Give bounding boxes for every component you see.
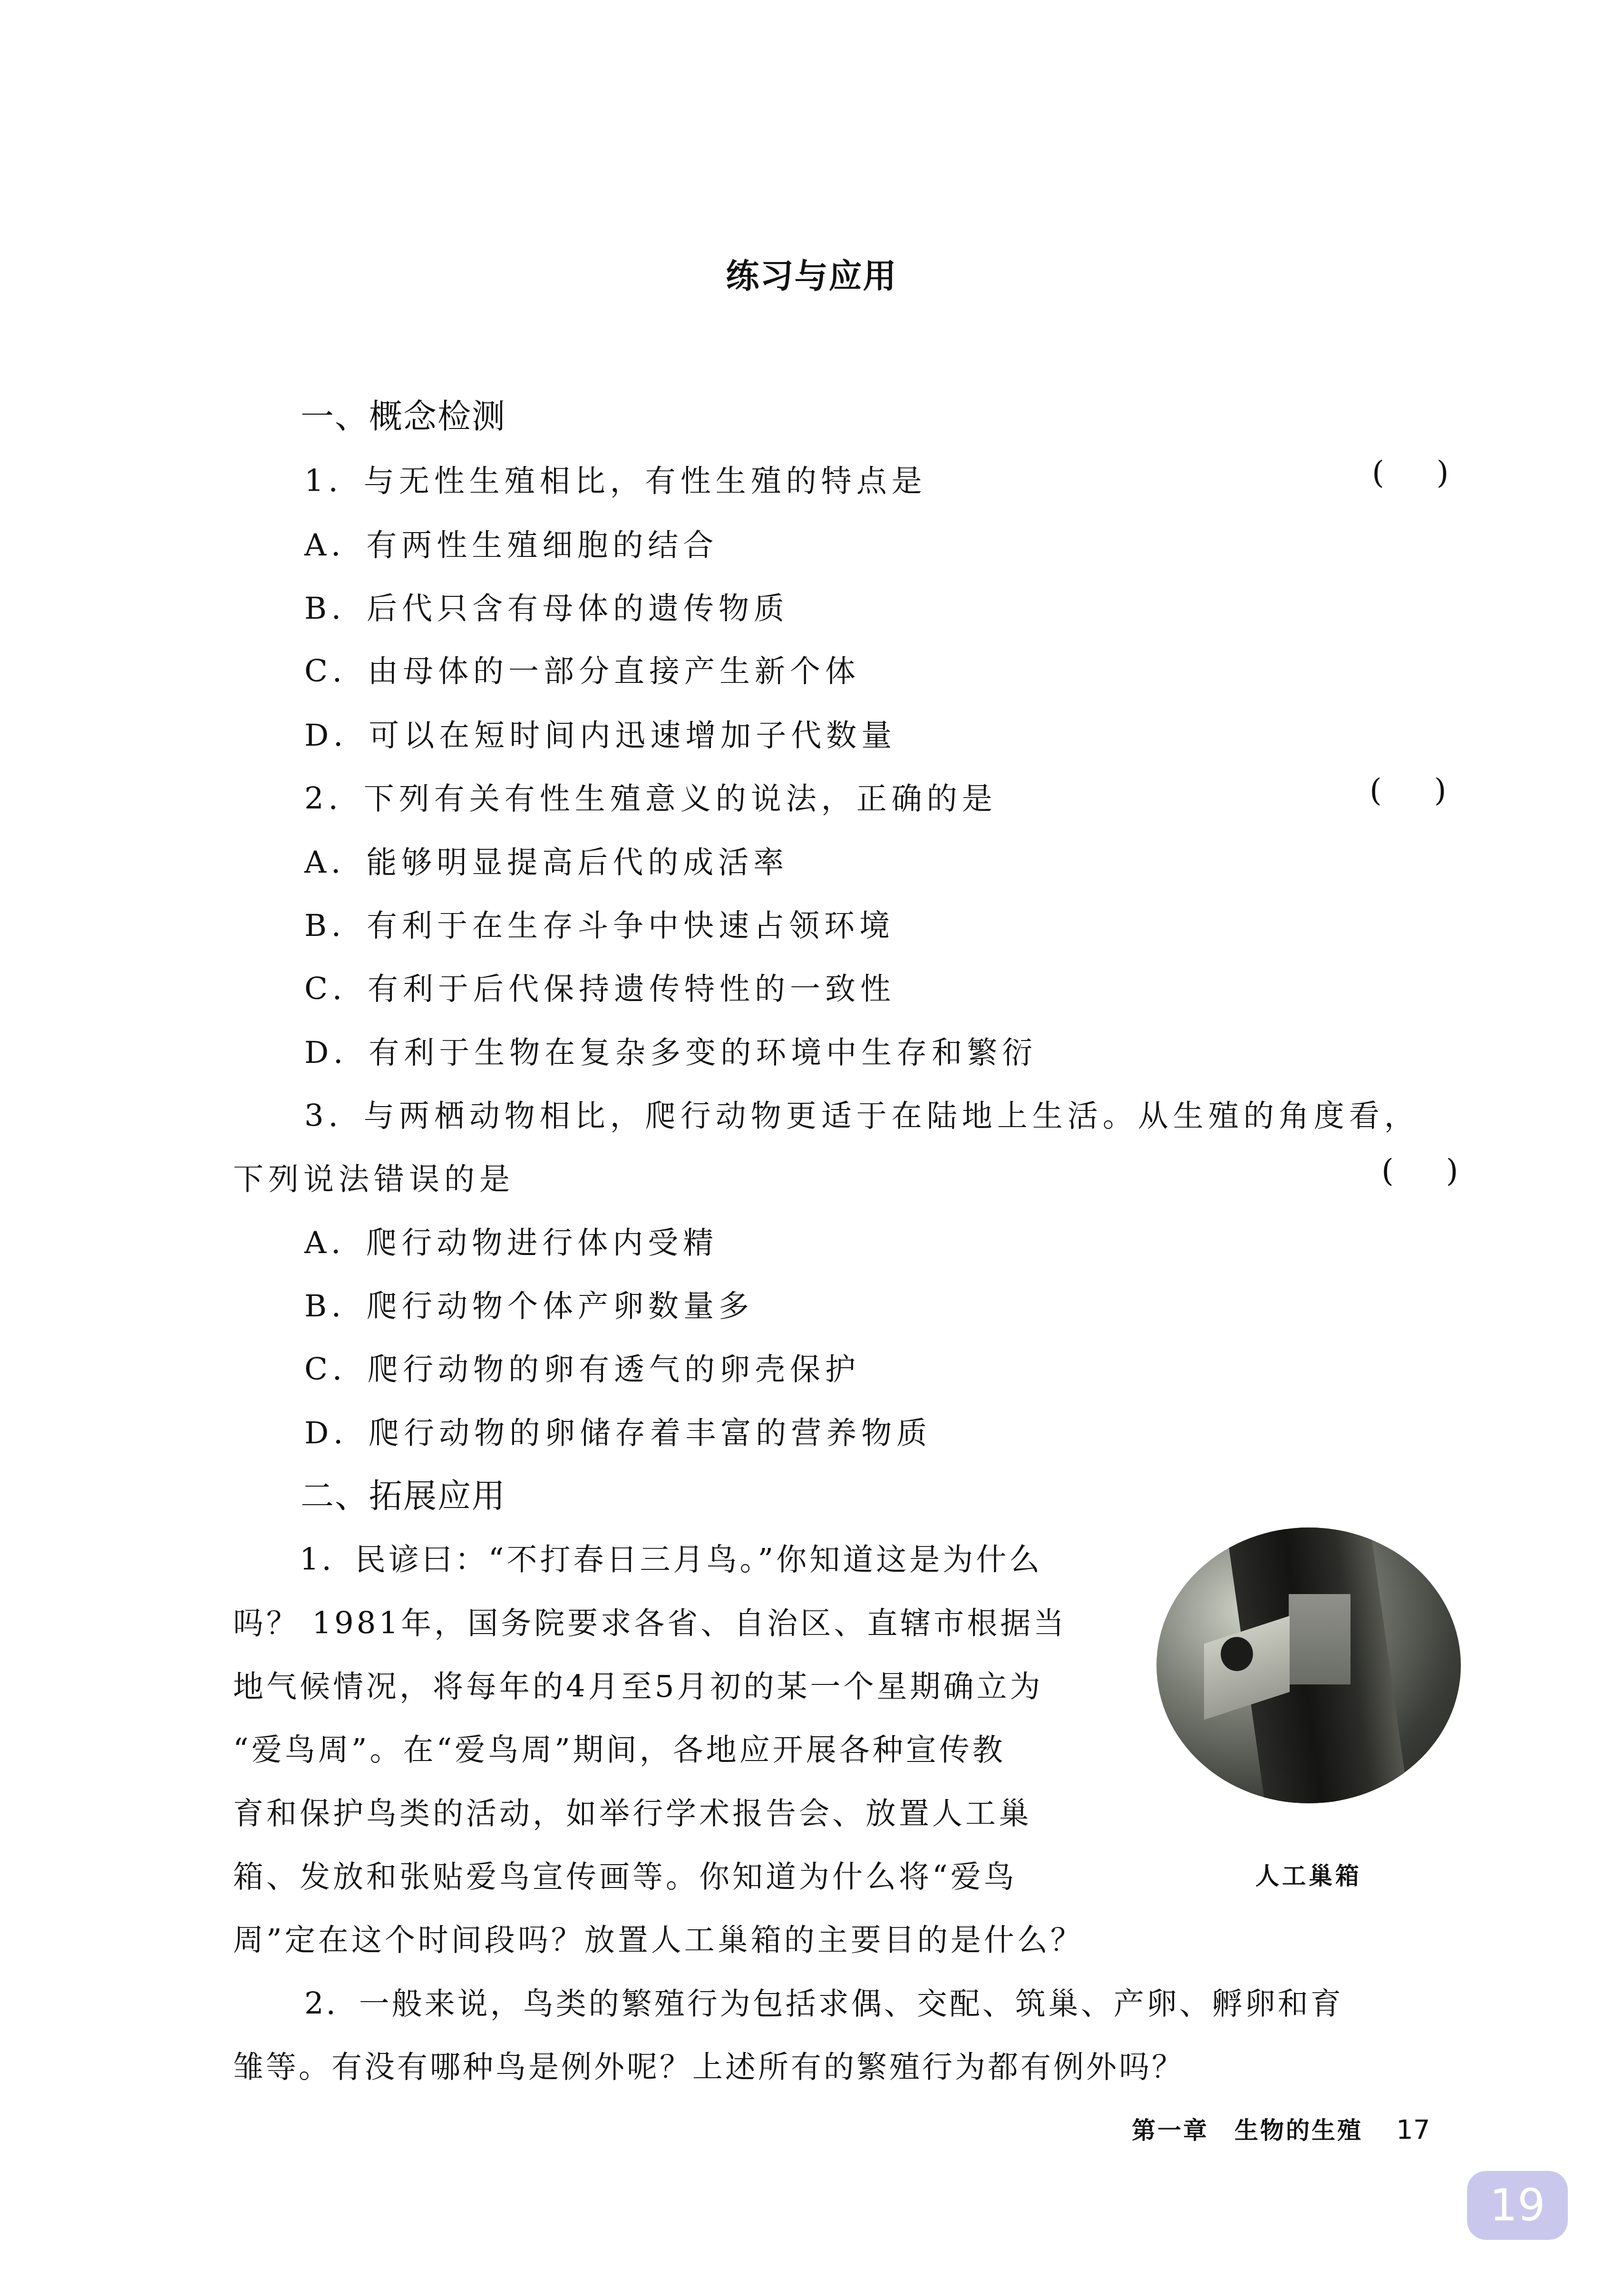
question-3-stem-line-1: 3．与两栖动物相比，爬行动物更适于在陆地上生活。从生殖的角度看， xyxy=(304,1091,1419,1135)
page-title: 练习与应用 xyxy=(0,250,1623,298)
footer-chapter-title: 第一章 生物的生殖 xyxy=(1132,2116,1363,2144)
question-1-answer-blank[interactable]: () xyxy=(1372,454,1449,491)
question-2-stem: 2．下列有关有性生殖意义的说法，正确的是 xyxy=(304,774,997,818)
extension-1-line-7: 周”定在这个时间段吗？放置人工巢箱的主要目的是什么？ xyxy=(233,1916,1084,1959)
extension-1-line-4: “爱鸟周”。在“爱鸟周”期间，各地应开展各种宣传教 xyxy=(233,1725,1006,1769)
section-heading-concept-check: 一、概念检测 xyxy=(301,390,506,438)
nest-box-entrance-hole xyxy=(1221,1637,1253,1671)
figure-caption: 人工巢箱 xyxy=(1157,1857,1461,1891)
extension-1-line-2: 吗？ 1981年，国务院要求各省、自治区、直辖市根据当 xyxy=(233,1599,1067,1643)
extension-2-line-2: 雏等。有没有哪种鸟是例外呢？上述所有的繁殖行为都有例外吗？ xyxy=(233,2043,1185,2086)
question-3-answer-blank[interactable]: () xyxy=(1381,1152,1458,1189)
question-3-option-a: A．爬行动物进行体内受精 xyxy=(304,1218,718,1262)
footer-page-number: 17 xyxy=(1396,2114,1430,2145)
page-footer: 第一章 生物的生殖17 xyxy=(1132,2111,1430,2146)
question-1-option-a: A．有两性生殖细胞的结合 xyxy=(304,521,718,564)
question-1-option-c: C．由母体的一部分直接产生新个体 xyxy=(304,647,860,691)
extension-1-line-5: 育和保护鸟类的活动，如举行学术报告会、放置人工巢 xyxy=(233,1789,1032,1833)
extension-2-line-1: 2．一般来说，鸟类的繁殖行为包括求偶、交配、筑巢、产卵、孵卵和育 xyxy=(304,1979,1343,2023)
question-2-option-b: B．有利于在生存斗争中快速占领环境 xyxy=(304,901,894,945)
page-number-badge[interactable]: 19 xyxy=(1467,2171,1568,2240)
question-2-option-d: D．有利于生物在复杂多变的环境中生存和繁衍 xyxy=(304,1028,1037,1072)
question-3-option-d: D．爬行动物的卵储存着丰富的营养物质 xyxy=(304,1409,932,1452)
question-2-option-c: C．有利于后代保持遗传特性的一致性 xyxy=(304,964,895,1008)
question-1-option-d: D．可以在短时间内迅速增加子代数量 xyxy=(304,711,896,755)
question-3-option-b: B．爬行动物个体产卵数量多 xyxy=(304,1282,754,1325)
question-1-stem: 1．与无性生殖相比，有性生殖的特点是 xyxy=(304,457,927,500)
question-3-stem-line-2: 下列说法错误的是 xyxy=(233,1155,515,1198)
extension-1-line-6: 箱、发放和张贴爱鸟宣传画等。你知道为什么将“爱鸟 xyxy=(233,1852,1017,1896)
question-3-option-c: C．爬行动物的卵有透气的卵壳保护 xyxy=(304,1345,860,1389)
section-heading-extended-application: 二、拓展应用 xyxy=(301,1469,506,1518)
question-2-option-a: A．能够明显提高后代的成活率 xyxy=(304,838,788,882)
nest-box-photo xyxy=(1157,1527,1461,1803)
extension-1-line-1: 1．民谚曰：“不打春日三月鸟。”你知道这是为什么 xyxy=(300,1535,1042,1579)
question-2-answer-blank[interactable]: () xyxy=(1370,772,1447,808)
nest-box-side-shape xyxy=(1289,1594,1351,1684)
extension-1-line-3: 地气候情况，将每年的4月至5月初的某一个星期确立为 xyxy=(233,1662,1043,1706)
question-1-option-b: B．后代只含有母体的遗传物质 xyxy=(304,584,789,628)
